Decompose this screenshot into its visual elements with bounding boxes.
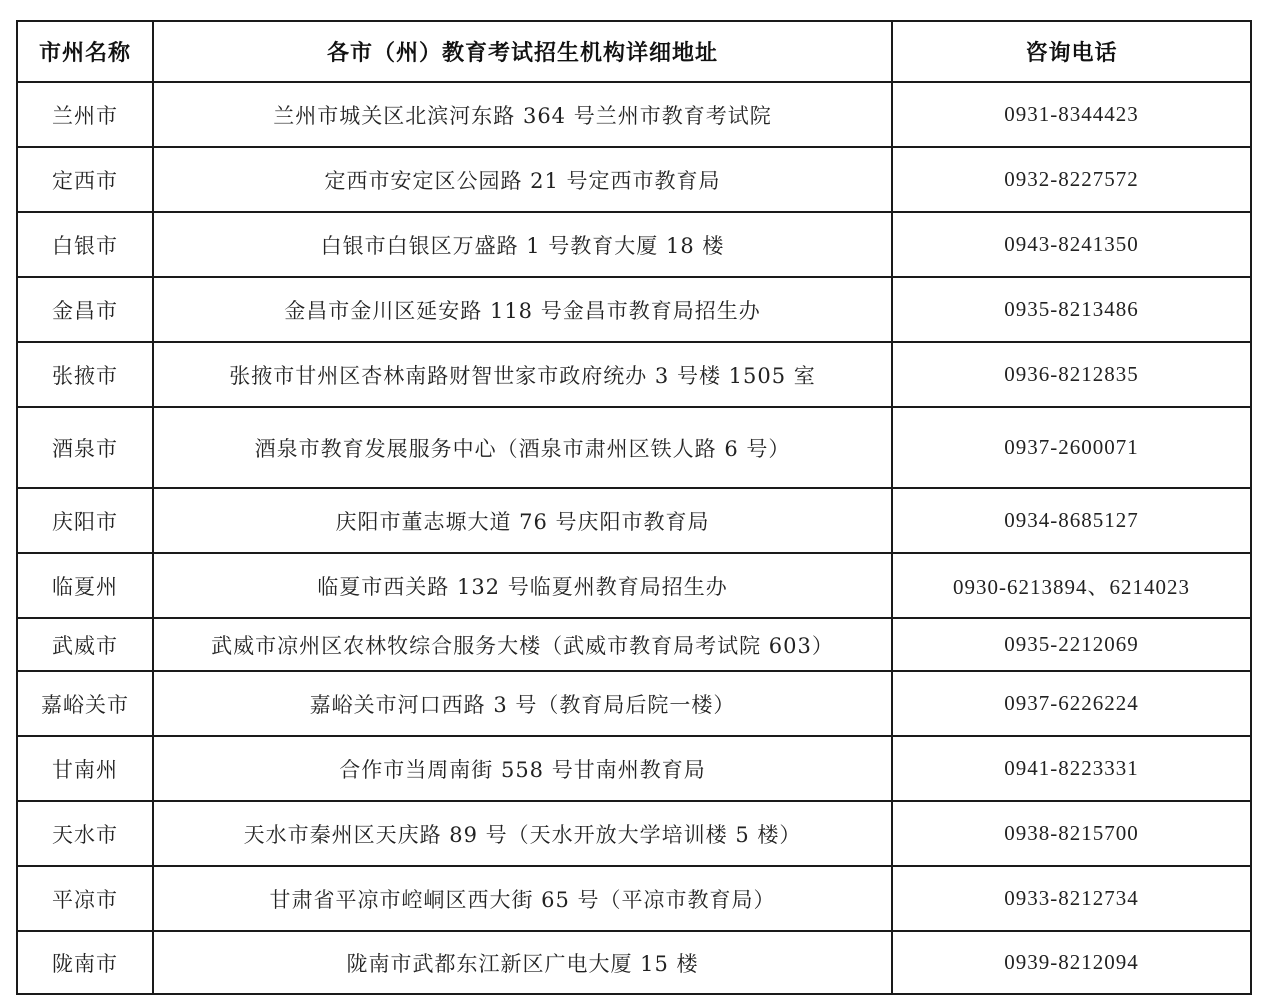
city-cell: 张掖市 [17, 342, 153, 407]
city-cell: 白银市 [17, 212, 153, 277]
city-cell: 天水市 [17, 801, 153, 866]
phone-cell: 0943-8241350 [892, 212, 1251, 277]
table-row: 张掖市 张掖市甘州区杏林南路财智世家市政府统办 3 号楼 1505 室 0936… [17, 342, 1251, 407]
address-cell: 武威市凉州区农林牧综合服务大楼（武威市教育局考试院 603） [153, 618, 892, 671]
address-cell: 白银市白银区万盛路 1 号教育大厦 18 楼 [153, 212, 892, 277]
address-cell: 合作市当周南街 558 号甘南州教育局 [153, 736, 892, 801]
phone-cell: 0935-8213486 [892, 277, 1251, 342]
address-cell: 金昌市金川区延安路 118 号金昌市教育局招生办 [153, 277, 892, 342]
table-row: 兰州市 兰州市城关区北滨河东路 364 号兰州市教育考试院 0931-83444… [17, 82, 1251, 147]
address-cell: 嘉峪关市河口西路 3 号（教育局后院一楼） [153, 671, 892, 736]
address-cell: 酒泉市教育发展服务中心（酒泉市肃州区铁人路 6 号） [153, 407, 892, 488]
phone-cell: 0934-8685127 [892, 488, 1251, 553]
table-row: 天水市 天水市秦州区天庆路 89 号（天水开放大学培训楼 5 楼） 0938-8… [17, 801, 1251, 866]
city-cell: 临夏州 [17, 553, 153, 618]
phone-cell: 0941-8223331 [892, 736, 1251, 801]
address-cell: 庆阳市董志塬大道 76 号庆阳市教育局 [153, 488, 892, 553]
contact-table: 市州名称 各市（州）教育考试招生机构详细地址 咨询电话 兰州市 兰州市城关区北滨… [16, 20, 1252, 995]
address-cell: 兰州市城关区北滨河东路 364 号兰州市教育考试院 [153, 82, 892, 147]
address-cell: 甘肃省平凉市崆峒区西大街 65 号（平凉市教育局） [153, 866, 892, 931]
table-row: 定西市 定西市安定区公园路 21 号定西市教育局 0932-8227572 [17, 147, 1251, 212]
header-city: 市州名称 [17, 21, 153, 82]
phone-cell: 0937-2600071 [892, 407, 1251, 488]
table-row: 金昌市 金昌市金川区延安路 118 号金昌市教育局招生办 0935-821348… [17, 277, 1251, 342]
table-row: 陇南市 陇南市武都东江新区广电大厦 15 楼 0939-8212094 [17, 931, 1251, 994]
phone-cell: 0935-2212069 [892, 618, 1251, 671]
table-row: 庆阳市 庆阳市董志塬大道 76 号庆阳市教育局 0934-8685127 [17, 488, 1251, 553]
phone-cell: 0937-6226224 [892, 671, 1251, 736]
city-cell: 金昌市 [17, 277, 153, 342]
city-cell: 定西市 [17, 147, 153, 212]
header-address: 各市（州）教育考试招生机构详细地址 [153, 21, 892, 82]
city-cell: 酒泉市 [17, 407, 153, 488]
table-row: 武威市 武威市凉州区农林牧综合服务大楼（武威市教育局考试院 603） 0935-… [17, 618, 1251, 671]
header-row: 市州名称 各市（州）教育考试招生机构详细地址 咨询电话 [17, 21, 1251, 82]
phone-cell: 0939-8212094 [892, 931, 1251, 994]
city-cell: 兰州市 [17, 82, 153, 147]
city-cell: 武威市 [17, 618, 153, 671]
table-row: 甘南州 合作市当周南街 558 号甘南州教育局 0941-8223331 [17, 736, 1251, 801]
phone-cell: 0933-8212734 [892, 866, 1251, 931]
table-row: 嘉峪关市 嘉峪关市河口西路 3 号（教育局后院一楼） 0937-6226224 [17, 671, 1251, 736]
city-cell: 平凉市 [17, 866, 153, 931]
header-phone: 咨询电话 [892, 21, 1251, 82]
city-cell: 甘南州 [17, 736, 153, 801]
phone-cell: 0932-8227572 [892, 147, 1251, 212]
phone-cell: 0938-8215700 [892, 801, 1251, 866]
city-cell: 嘉峪关市 [17, 671, 153, 736]
table-row: 白银市 白银市白银区万盛路 1 号教育大厦 18 楼 0943-8241350 [17, 212, 1251, 277]
table-row: 酒泉市 酒泉市教育发展服务中心（酒泉市肃州区铁人路 6 号） 0937-2600… [17, 407, 1251, 488]
address-cell: 定西市安定区公园路 21 号定西市教育局 [153, 147, 892, 212]
address-cell: 张掖市甘州区杏林南路财智世家市政府统办 3 号楼 1505 室 [153, 342, 892, 407]
phone-cell: 0931-8344423 [892, 82, 1251, 147]
phone-cell: 0936-8212835 [892, 342, 1251, 407]
address-cell: 临夏市西关路 132 号临夏州教育局招生办 [153, 553, 892, 618]
city-cell: 庆阳市 [17, 488, 153, 553]
table-row: 临夏州 临夏市西关路 132 号临夏州教育局招生办 0930-6213894、6… [17, 553, 1251, 618]
table-row: 平凉市 甘肃省平凉市崆峒区西大街 65 号（平凉市教育局） 0933-82127… [17, 866, 1251, 931]
phone-cell: 0930-6213894、6214023 [892, 553, 1251, 618]
city-cell: 陇南市 [17, 931, 153, 994]
address-cell: 陇南市武都东江新区广电大厦 15 楼 [153, 931, 892, 994]
address-cell: 天水市秦州区天庆路 89 号（天水开放大学培训楼 5 楼） [153, 801, 892, 866]
